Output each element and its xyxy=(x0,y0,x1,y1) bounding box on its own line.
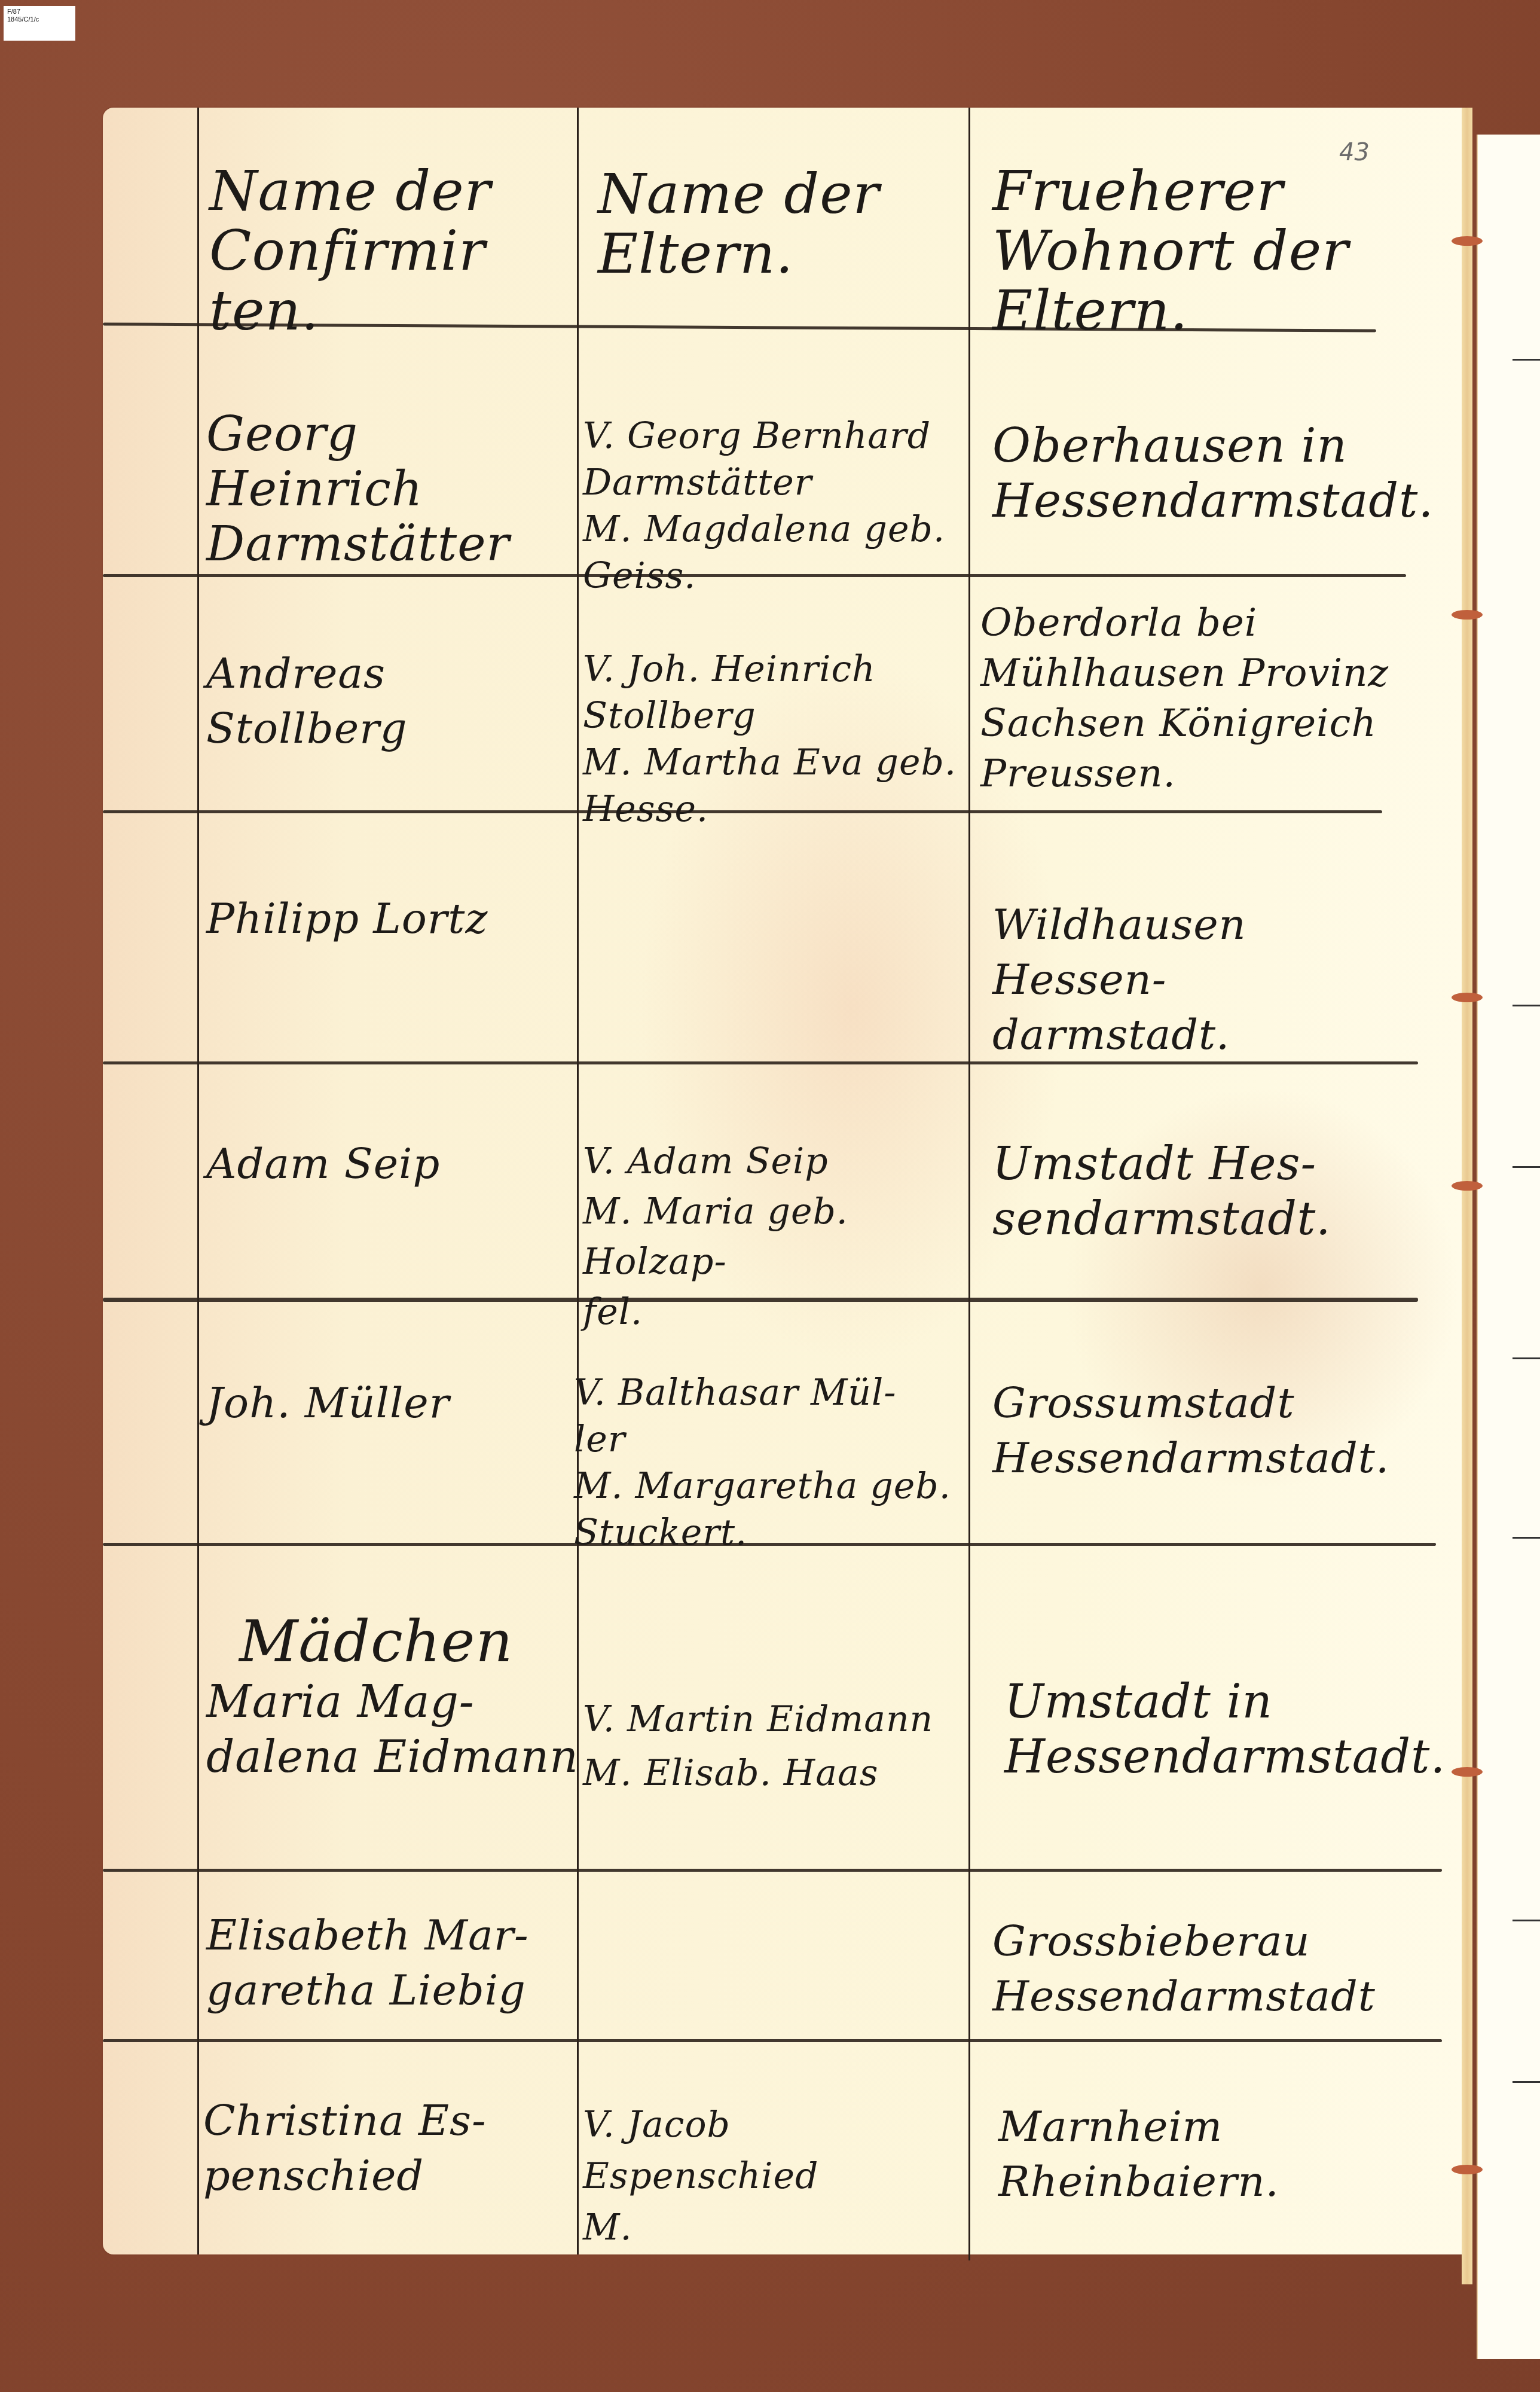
archive-label-line2: 1845/C/1/c xyxy=(7,16,72,24)
next-page-rule xyxy=(1512,359,1540,361)
next-page-rule xyxy=(1512,1920,1540,1921)
row7-confirmand: Elisabeth Mar- garetha Liebig xyxy=(206,1908,577,2018)
row8-confirmand: Christina Es- penschied xyxy=(203,2093,574,2203)
row2-confirmand: Andreas Stollberg xyxy=(206,646,577,756)
binding-stitch xyxy=(1452,2165,1483,2174)
archive-reference-label: F/87 1845/C/1/c xyxy=(4,6,75,41)
row6-residence: Umstadt in Hessendarmstadt. xyxy=(1004,1674,1435,1784)
next-page-rule xyxy=(1512,1005,1540,1006)
row2-parents: V. Joh. Heinrich Stollberg M. Martha Eva… xyxy=(583,646,965,832)
row5-parents: V. Balthasar Mül- ler M. Margaretha geb.… xyxy=(574,1369,968,1556)
row7-residence: Grossbieberau Hessendarmstadt xyxy=(992,1914,1423,2024)
row8-parents: V. Jacob Espenschied M. xyxy=(583,2099,977,2253)
binding-stitch xyxy=(1452,1181,1483,1191)
binding-stitch xyxy=(1452,236,1483,246)
header-confirmand-name: Name der Confirmir ten. xyxy=(209,161,574,341)
column-rule xyxy=(968,108,970,2260)
row3-confirmand: Philipp Lortz xyxy=(206,891,577,946)
column-rule xyxy=(577,108,579,2254)
binding-stitch xyxy=(1452,993,1483,1002)
column-rule xyxy=(197,108,199,2254)
next-page-rule xyxy=(1512,1537,1540,1539)
row5-residence: Grossumstadt Hessendarmstadt. xyxy=(992,1375,1423,1485)
row8-residence: Marnheim Rheinbaiern. xyxy=(998,2099,1429,2209)
row2-residence: Oberdorla bei Mühlhausen Provinz Sachsen… xyxy=(980,598,1435,799)
row4-confirmand: Adam Seip xyxy=(206,1136,577,1191)
binding-stitch xyxy=(1452,610,1483,620)
next-page-edge xyxy=(1477,135,1540,2359)
book-binding xyxy=(1462,108,1472,2284)
row5-confirmand: Joh. Müller xyxy=(206,1375,577,1430)
row4-residence: Umstadt Hes- sendarmstadt. xyxy=(992,1136,1423,1246)
next-page-rule xyxy=(1512,2081,1540,2083)
row1-confirmand: Georg Heinrich Darmstätter xyxy=(206,407,577,572)
next-page-rule xyxy=(1512,1357,1540,1359)
row1-parents: V. Georg Bernhard Darmstätter M. Magdale… xyxy=(583,413,965,599)
row6-parents: V. Martin Eidmann M. Elisab. Haas xyxy=(583,1692,977,1800)
row-rule xyxy=(103,1869,1442,1872)
row1-residence: Oberhausen in Hessendarmstadt. xyxy=(992,419,1411,529)
archive-label-line1: F/87 xyxy=(7,8,72,16)
row3-residence: Wildhausen Hessen- darmstadt. xyxy=(992,897,1423,1062)
section-label-girls: Mädchen xyxy=(239,1609,574,1674)
row-rule xyxy=(103,2039,1442,2042)
binding-stitch xyxy=(1452,1767,1483,1777)
header-former-residence: Frueherer Wohnort der Eltern. xyxy=(992,161,1399,341)
next-page-rule xyxy=(1512,1166,1540,1168)
header-parents-name: Name der Eltern. xyxy=(598,164,962,284)
row4-parents: V. Adam Seip M. Maria geb. Holzap- fel. xyxy=(583,1136,965,1337)
row6-confirmand: Maria Mag- dalena Eidmann xyxy=(206,1674,589,1784)
